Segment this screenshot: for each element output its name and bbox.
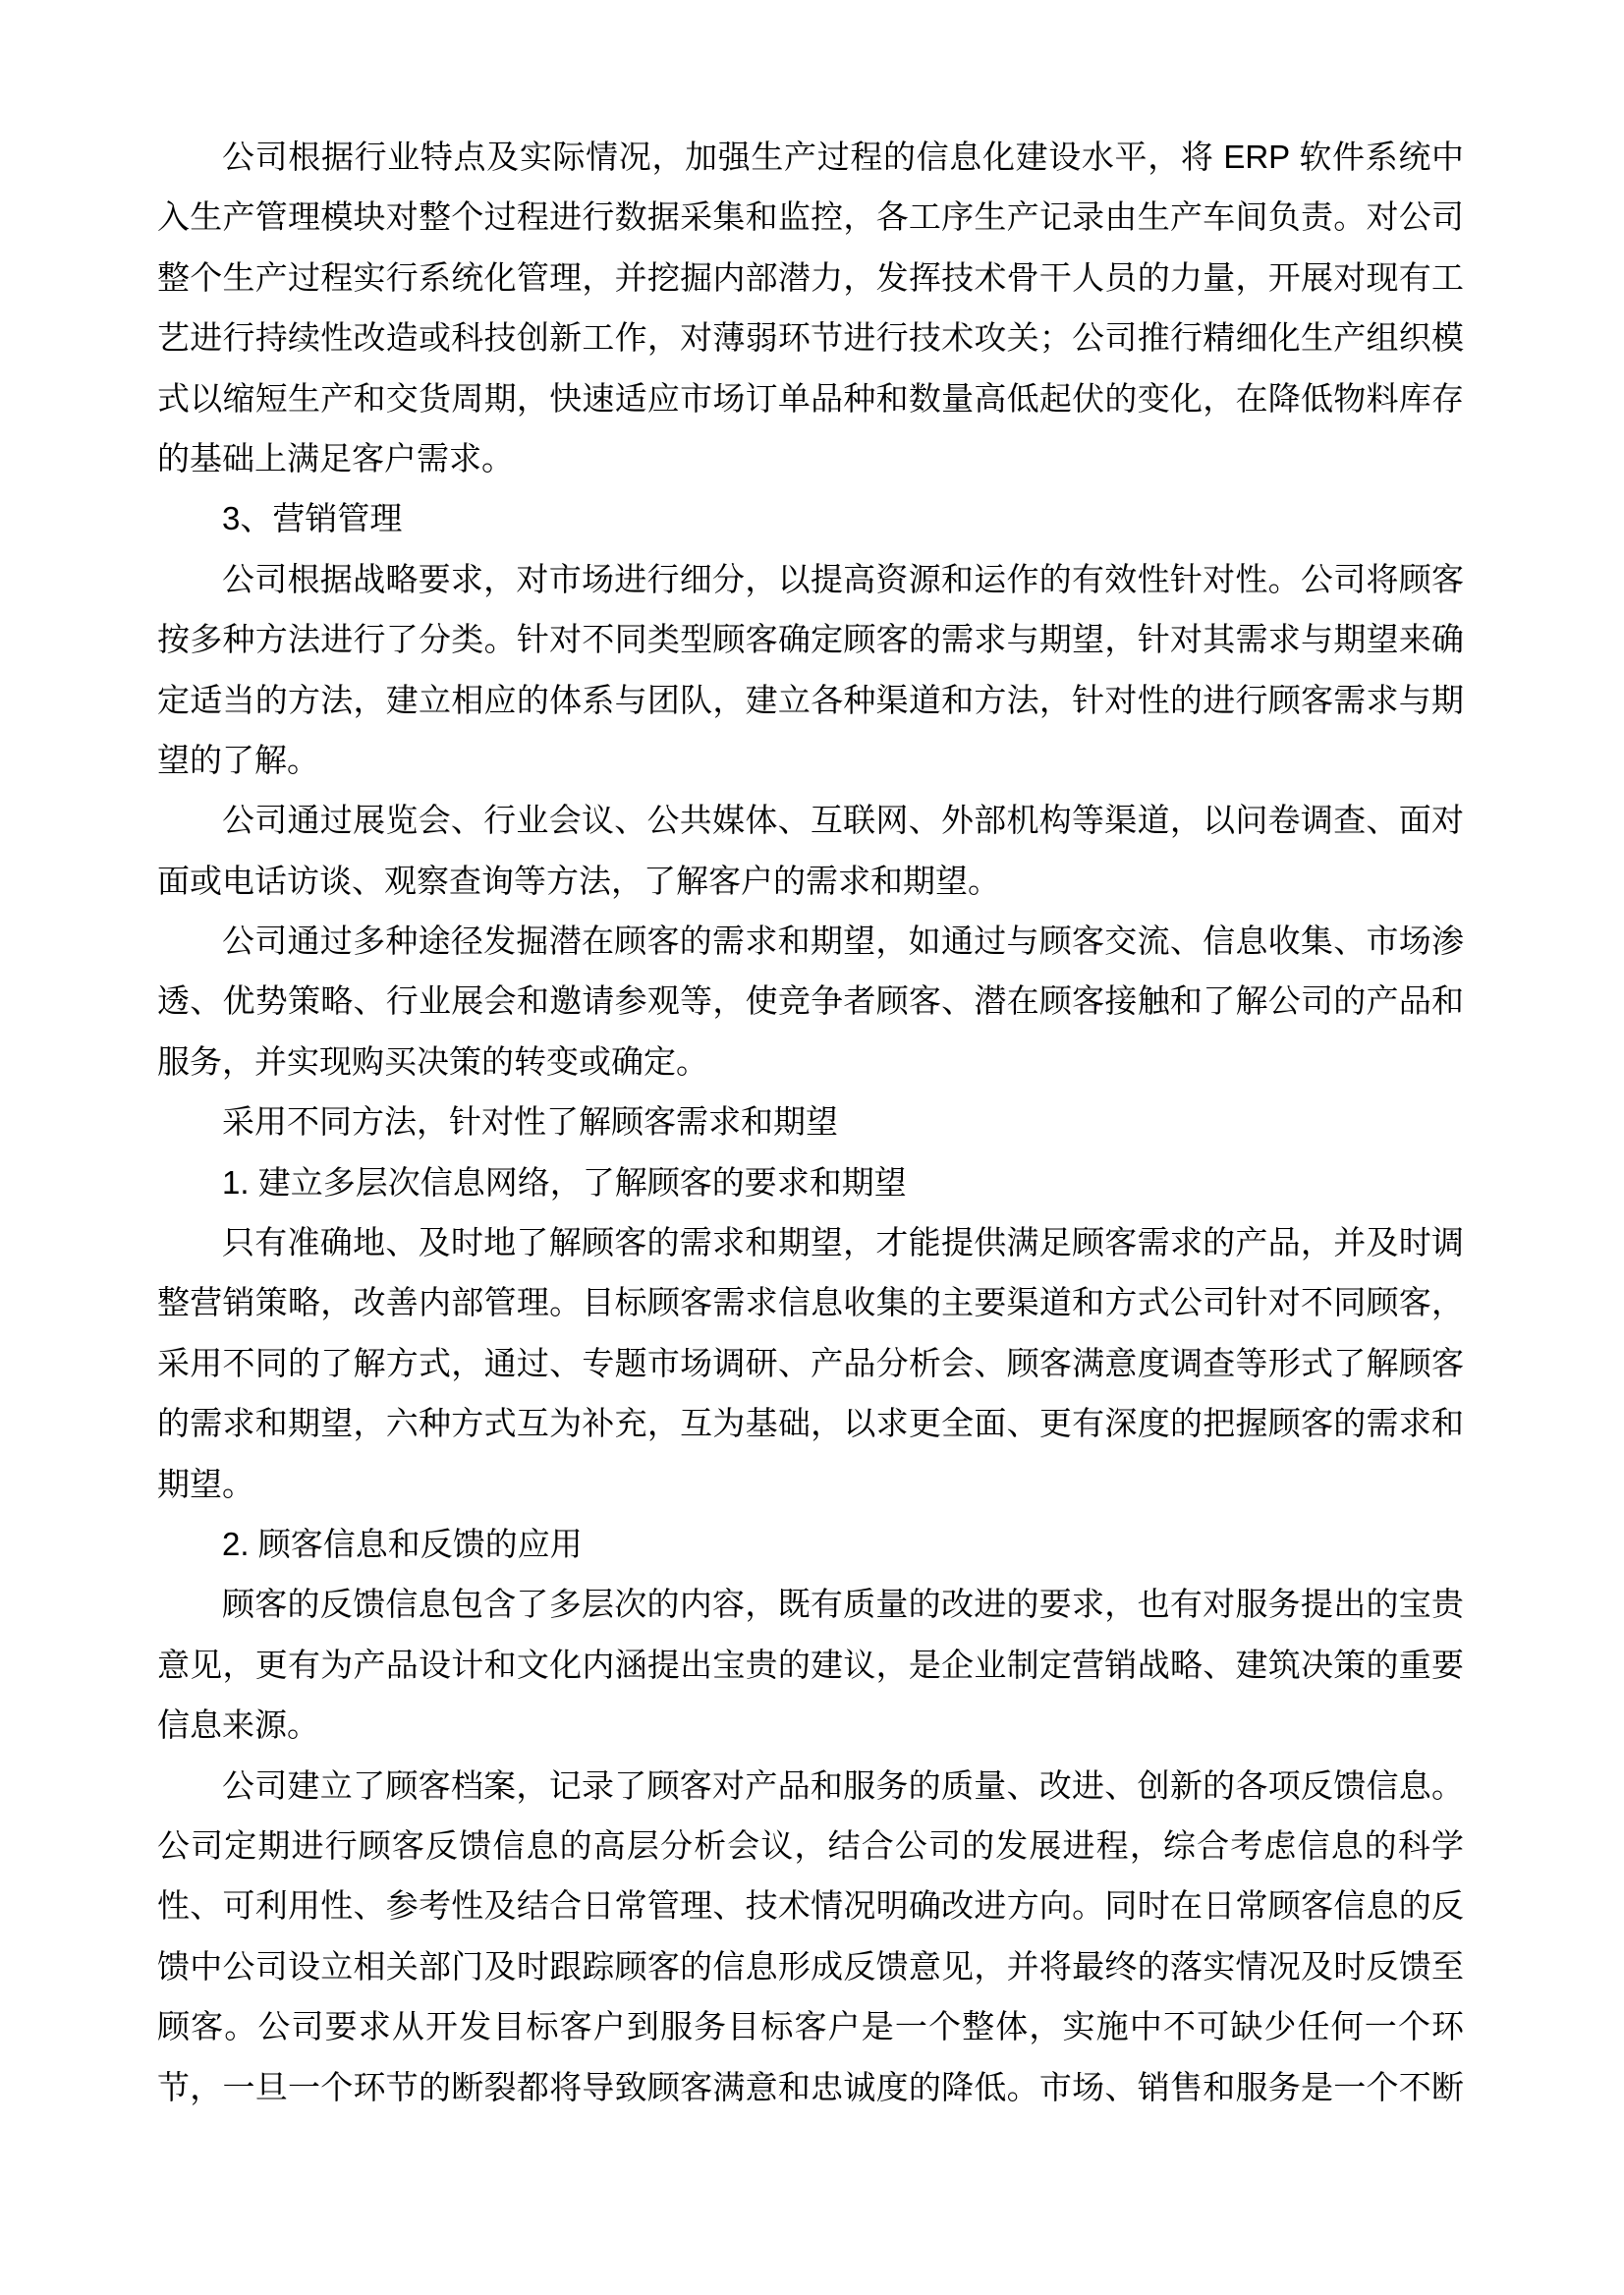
paragraph: 公司根据战略要求，对市场进行细分，以提高资源和运作的有效性针对性。公司将顾客按多… bbox=[157, 549, 1464, 791]
text-line: 节，一旦一个环节的断裂都将导致顾客满意和忠诚度的降低。市场、销售和服务是一个不断 bbox=[157, 2057, 1464, 2117]
text-line: 透、优势策略、行业展会和邀请参观等，使竞争者顾客、潜在顾客接触和了解公司的产品和 bbox=[157, 971, 1464, 1031]
paragraph: 公司通过展览会、行业会议、公共媒体、互联网、外部机构等渠道，以问卷调查、面对面或… bbox=[157, 790, 1464, 911]
text-line: 意见，更有为产品设计和文化内涵提出宝贵的建议，是企业制定营销战略、建筑决策的重要 bbox=[157, 1635, 1464, 1695]
text-line: 信息来源。 bbox=[157, 1695, 1464, 1755]
text-line: 期望。 bbox=[157, 1454, 1464, 1514]
text-line: 馈中公司设立相关部门及时跟踪顾客的信息形成反馈意见，并将最终的落实情况及时反馈至 bbox=[157, 1936, 1464, 1996]
text-line: 的需求和期望，六种方式互为补充，互为基础，以求更全面、更有深度的把握顾客的需求和 bbox=[157, 1393, 1464, 1453]
text-line: 服务，并实现购买决策的转变或确定。 bbox=[157, 1032, 1464, 1092]
text-line: 公司通过展览会、行业会议、公共媒体、互联网、外部机构等渠道，以问卷调查、面对 bbox=[157, 790, 1464, 850]
paragraph: 3、营销管理 bbox=[157, 488, 1464, 548]
text-line: 只有准确地、及时地了解顾客的需求和期望，才能提供满足顾客需求的产品，并及时调 bbox=[157, 1212, 1464, 1272]
text-line: 望的了解。 bbox=[157, 730, 1464, 790]
text-line: 按多种方法进行了分类。针对不同类型顾客确定顾客的需求与期望，针对其需求与期望来确 bbox=[157, 609, 1464, 669]
text-line: 顾客。公司要求从开发目标客户到服务目标客户是一个整体，实施中不可缺少任何一个环 bbox=[157, 1996, 1464, 2056]
text-line: 公司建立了顾客档案，记录了顾客对产品和服务的质量、改进、创新的各项反馈信息。 bbox=[157, 1756, 1464, 1816]
paragraph: 公司根据行业特点及实际情况，加强生产过程的信息化建设水平，将 ERP 软件系统中… bbox=[157, 127, 1464, 488]
paragraph: 只有准确地、及时地了解顾客的需求和期望，才能提供满足顾客需求的产品，并及时调整营… bbox=[157, 1212, 1464, 1514]
text-line: 入生产管理模块对整个过程进行数据采集和监控，各工序生产记录由生产车间负责。对公司 bbox=[157, 187, 1464, 247]
text-line: 性、可利用性、参考性及结合日常管理、技术情况明确改进方向。同时在日常顾客信息的反 bbox=[157, 1875, 1464, 1935]
document-page: 公司根据行业特点及实际情况，加强生产过程的信息化建设水平，将 ERP 软件系统中… bbox=[0, 0, 1624, 2295]
text-line: 公司定期进行顾客反馈信息的高层分析会议，结合公司的发展进程，综合考虑信息的科学 bbox=[157, 1816, 1464, 1875]
paragraph: 顾客的反馈信息包含了多层次的内容，既有质量的改进的要求，也有对服务提出的宝贵意见… bbox=[157, 1574, 1464, 1755]
text-line: 公司根据战略要求，对市场进行细分，以提高资源和运作的有效性针对性。公司将顾客 bbox=[157, 549, 1464, 609]
text-line: 艺进行持续性改造或科技创新工作，对薄弱环节进行技术攻关；公司推行精细化生产组织模 bbox=[157, 308, 1464, 367]
text-line: 公司通过多种途径发掘潜在顾客的需求和期望，如通过与顾客交流、信息收集、市场渗 bbox=[157, 911, 1464, 971]
text-line: 面或电话访谈、观察查询等方法，了解客户的需求和期望。 bbox=[157, 851, 1464, 911]
document-body: 公司根据行业特点及实际情况，加强生产过程的信息化建设水平，将 ERP 软件系统中… bbox=[157, 127, 1464, 2117]
text-line: 整营销策略，改善内部管理。目标顾客需求信息收集的主要渠道和方式公司针对不同顾客， bbox=[157, 1272, 1464, 1332]
paragraph: 采用不同方法，针对性了解顾客需求和期望 bbox=[157, 1092, 1464, 1151]
text-line: 顾客的反馈信息包含了多层次的内容，既有质量的改进的要求，也有对服务提出的宝贵 bbox=[157, 1574, 1464, 1634]
paragraph: 1. 建立多层次信息网络，了解顾客的要求和期望 bbox=[157, 1152, 1464, 1212]
text-line: 1. 建立多层次信息网络，了解顾客的要求和期望 bbox=[157, 1152, 1464, 1212]
text-line: 式以缩短生产和交货周期，快速适应市场订单品种和数量高低起伏的变化，在降低物料库存 bbox=[157, 368, 1464, 428]
text-line: 整个生产过程实行系统化管理，并挖掘内部潜力，发挥技术骨干人员的力量，开展对现有工 bbox=[157, 248, 1464, 308]
paragraph: 公司通过多种途径发掘潜在顾客的需求和期望，如通过与顾客交流、信息收集、市场渗透、… bbox=[157, 911, 1464, 1092]
paragraph: 2. 顾客信息和反馈的应用 bbox=[157, 1514, 1464, 1574]
text-line: 采用不同方法，针对性了解顾客需求和期望 bbox=[157, 1092, 1464, 1151]
paragraph: 公司建立了顾客档案，记录了顾客对产品和服务的质量、改进、创新的各项反馈信息。公司… bbox=[157, 1756, 1464, 2117]
text-line: 的基础上满足客户需求。 bbox=[157, 428, 1464, 488]
text-line: 3、营销管理 bbox=[157, 488, 1464, 548]
text-line: 2. 顾客信息和反馈的应用 bbox=[157, 1514, 1464, 1574]
text-line: 公司根据行业特点及实际情况，加强生产过程的信息化建设水平，将 ERP 软件系统中… bbox=[157, 127, 1464, 187]
text-line: 采用不同的了解方式，通过、专题市场调研、产品分析会、顾客满意度调查等形式了解顾客 bbox=[157, 1333, 1464, 1393]
text-line: 定适当的方法，建立相应的体系与团队，建立各种渠道和方法，针对性的进行顾客需求与期 bbox=[157, 670, 1464, 730]
